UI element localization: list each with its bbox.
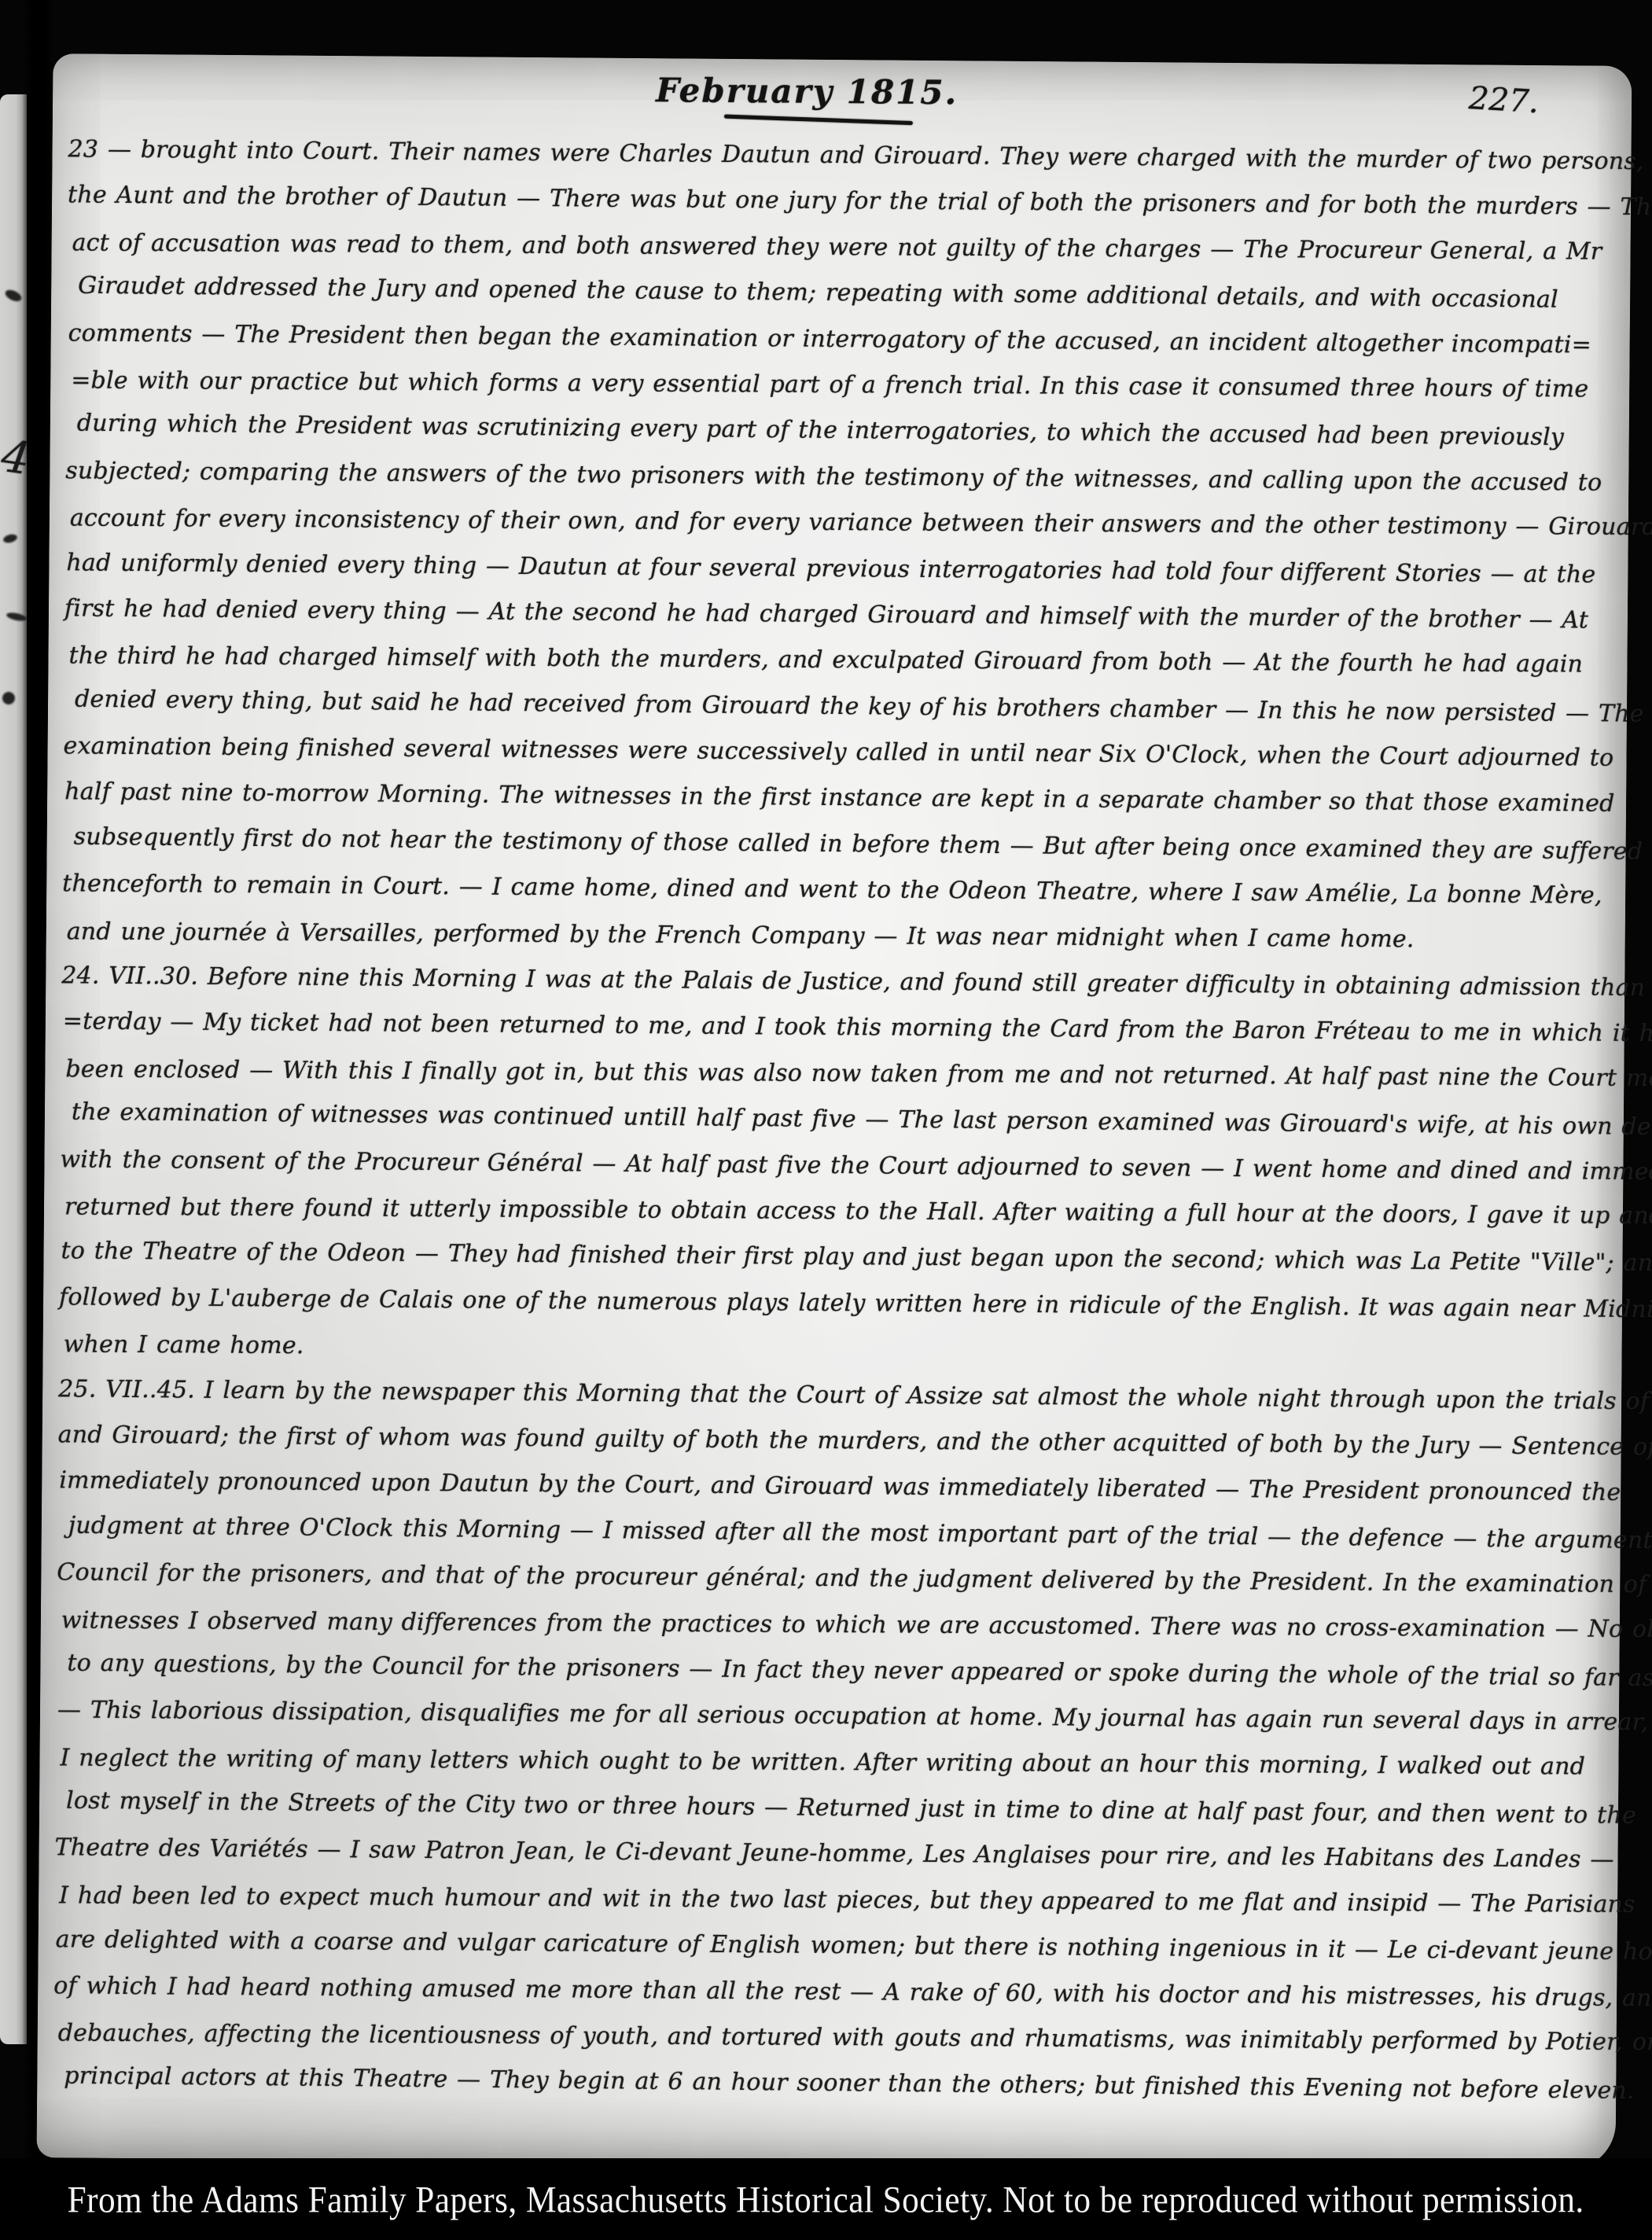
page-number: 227. xyxy=(1468,80,1540,120)
ink-bleed-mark xyxy=(2,533,18,544)
ink-bleed-mark xyxy=(2,692,15,704)
archive-credit-bar: From the Adams Family Papers, Massachuse… xyxy=(0,2158,1652,2240)
manuscript-lines: 23 — brought into Court. Their names wer… xyxy=(53,135,1619,2121)
title-underline xyxy=(724,115,913,126)
manuscript-scan: 4 February 1815. 227. 23 — brought into … xyxy=(0,0,1652,2240)
diary-page: February 1815. 227. 23 — brought into Co… xyxy=(37,53,1632,2170)
archive-credit-text: From the Adams Family Papers, Massachuse… xyxy=(68,2177,1584,2220)
ink-bleed-mark xyxy=(3,288,23,303)
month-title: February 1815. xyxy=(53,66,1561,116)
